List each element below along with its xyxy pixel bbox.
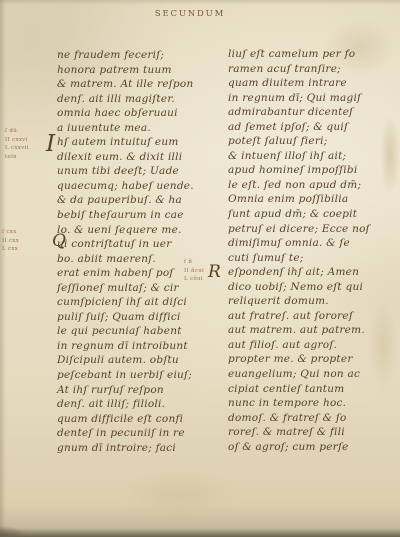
canon-note-line: ſ cxx [2,228,19,237]
text-line: petruſ ei dicere; Ecce noſ [228,222,388,237]
page-left-edge [0,0,6,537]
text-line: roreſ. & matreſ & fili [228,425,388,440]
text-line: euangelium; Qui non ac [228,367,388,382]
text-line: omnia haec obſeruaui [57,106,217,121]
initial-letter-I: I [46,131,55,157]
text-line: & matrem. At ille reſpon [57,77,217,92]
text-line: le eſt. ſed non apud dm̄; [228,178,388,193]
text-line: domoſ. & fratreſ & ſo [228,411,388,426]
manuscript-page: SECUNDUM ne fraudem feceriſ;honora patre… [0,0,400,537]
text-line: dimiſimuſ omnia. & ſe [228,236,388,251]
text-line: & da pauperibuſ. & ha [57,193,217,208]
text-line: poteſt ſaluuſ fieri; [228,134,388,149]
text-line: ui contriſtatuſ in uer [57,237,217,252]
text-line: aut fratreſ. aut ſororeſ [228,309,388,324]
text-line: ramen acuſ tranſire; [228,62,388,77]
text-line: cipiat centieſ tantum [228,382,388,397]
canon-note-line: L cõui [184,275,204,284]
text-line: ſunt apud dm̄; & coepit [228,207,388,222]
text-line: bebiſ theſaurum in cae [57,208,217,223]
text-line: reliquerit domum. [228,294,388,309]
canon-note-line: L cxxvii [5,144,29,153]
text-line: aut matrem. aut patrem. [228,323,388,338]
canon-note-line: ſ ñ [184,258,204,267]
running-title: SECUNDUM [90,9,290,19]
text-line: a iuuentute mea. [57,121,217,136]
text-line: denſ. ait illiſ; filioli. [57,397,217,412]
text-line: eſpondenſ ihſ ait; Amen [228,265,388,280]
text-line: Diſcipuli autem. obſtu [57,353,217,368]
initial-letter-Q: Q [52,231,66,251]
canon-note-left-lower: ſ cxxII cxxL cxx [2,228,19,254]
text-line: ad ſemet ipſoſ; & quiſ [228,120,388,135]
text-line: peſcebant in uerbiſ eiuſ; [57,368,217,383]
text-line: unum tibi deeſt; Uade [57,164,217,179]
text-line: dico uobiſ; Nemo eſt qui [228,280,388,295]
text-column-right: liuſ eſt camelum per foramen acuſ tranſi… [228,47,388,454]
page-top-edge [0,0,400,5]
canon-note-line: II ñcui [184,267,204,276]
text-line: le qui pecuniaſ habent [57,324,217,339]
text-line: cumſpicienſ ihſ ait diſci [57,295,217,310]
text-line: liuſ eſt camelum per fo [228,47,388,62]
text-line: quam diuitem intrare [228,76,388,91]
text-column-left: ne fraudem feceriſ;honora patrem tuum& m… [57,48,217,455]
text-line: puliſ ſuiſ; Quam diffici [57,310,217,325]
text-line: nunc in tempore hoc. [228,396,388,411]
text-line: dilexit eum. & dixit illi [57,150,217,165]
page-bottom-edge [0,528,400,537]
text-line: hſ autem intuituſ eum [57,135,217,150]
canon-note-line: II cxxvi [5,136,29,145]
text-line: Omnia enim poſſibilia [228,192,388,207]
parchment-stain [120,470,240,520]
text-line: quaecumq; habeſ uende. [57,179,217,194]
text-line: honora patrem tuum [57,63,217,78]
canon-note-line: ſ dū [5,127,29,136]
text-line: admirabantur dicenteſ [228,105,388,120]
canon-note-gutter: ſ ñII ñcuiL cõui [184,258,204,284]
text-line: At ihſ rurſuſ reſpon [57,383,217,398]
text-line: oſ & agroſ; cum perſe [228,440,388,455]
canon-note-line: L cxx [2,245,19,254]
text-line: denteſ in pecuniiſ in re [57,426,217,441]
text-line: in regnum dī introibunt [57,339,217,354]
text-line: gnum dī introire; faci [57,441,217,456]
canon-note-line: II cxx [2,237,19,246]
text-line: lo. & ueni ſequere me. [57,223,217,238]
text-line: ne fraudem feceriſ; [57,48,217,63]
text-line: apud homineſ impoſſibi [228,163,388,178]
text-line: propter me. & propter [228,352,388,367]
text-line: in regnum dī; Qui magiſ [228,91,388,106]
text-line: denſ. ait illi magiſter. [57,92,217,107]
text-line: & intuenſ illoſ ihſ ait; [228,149,388,164]
initial-letter-R: R [208,262,221,282]
canon-note-line: telu [5,153,29,162]
text-line: quam difficile eſt confi [57,412,217,427]
text-line: aut filioſ. aut agroſ. [228,338,388,353]
canon-note-left-upper: ſ dūII cxxviL cxxviitelu [5,127,29,161]
text-line: cuti ſumuſ te; [228,251,388,266]
